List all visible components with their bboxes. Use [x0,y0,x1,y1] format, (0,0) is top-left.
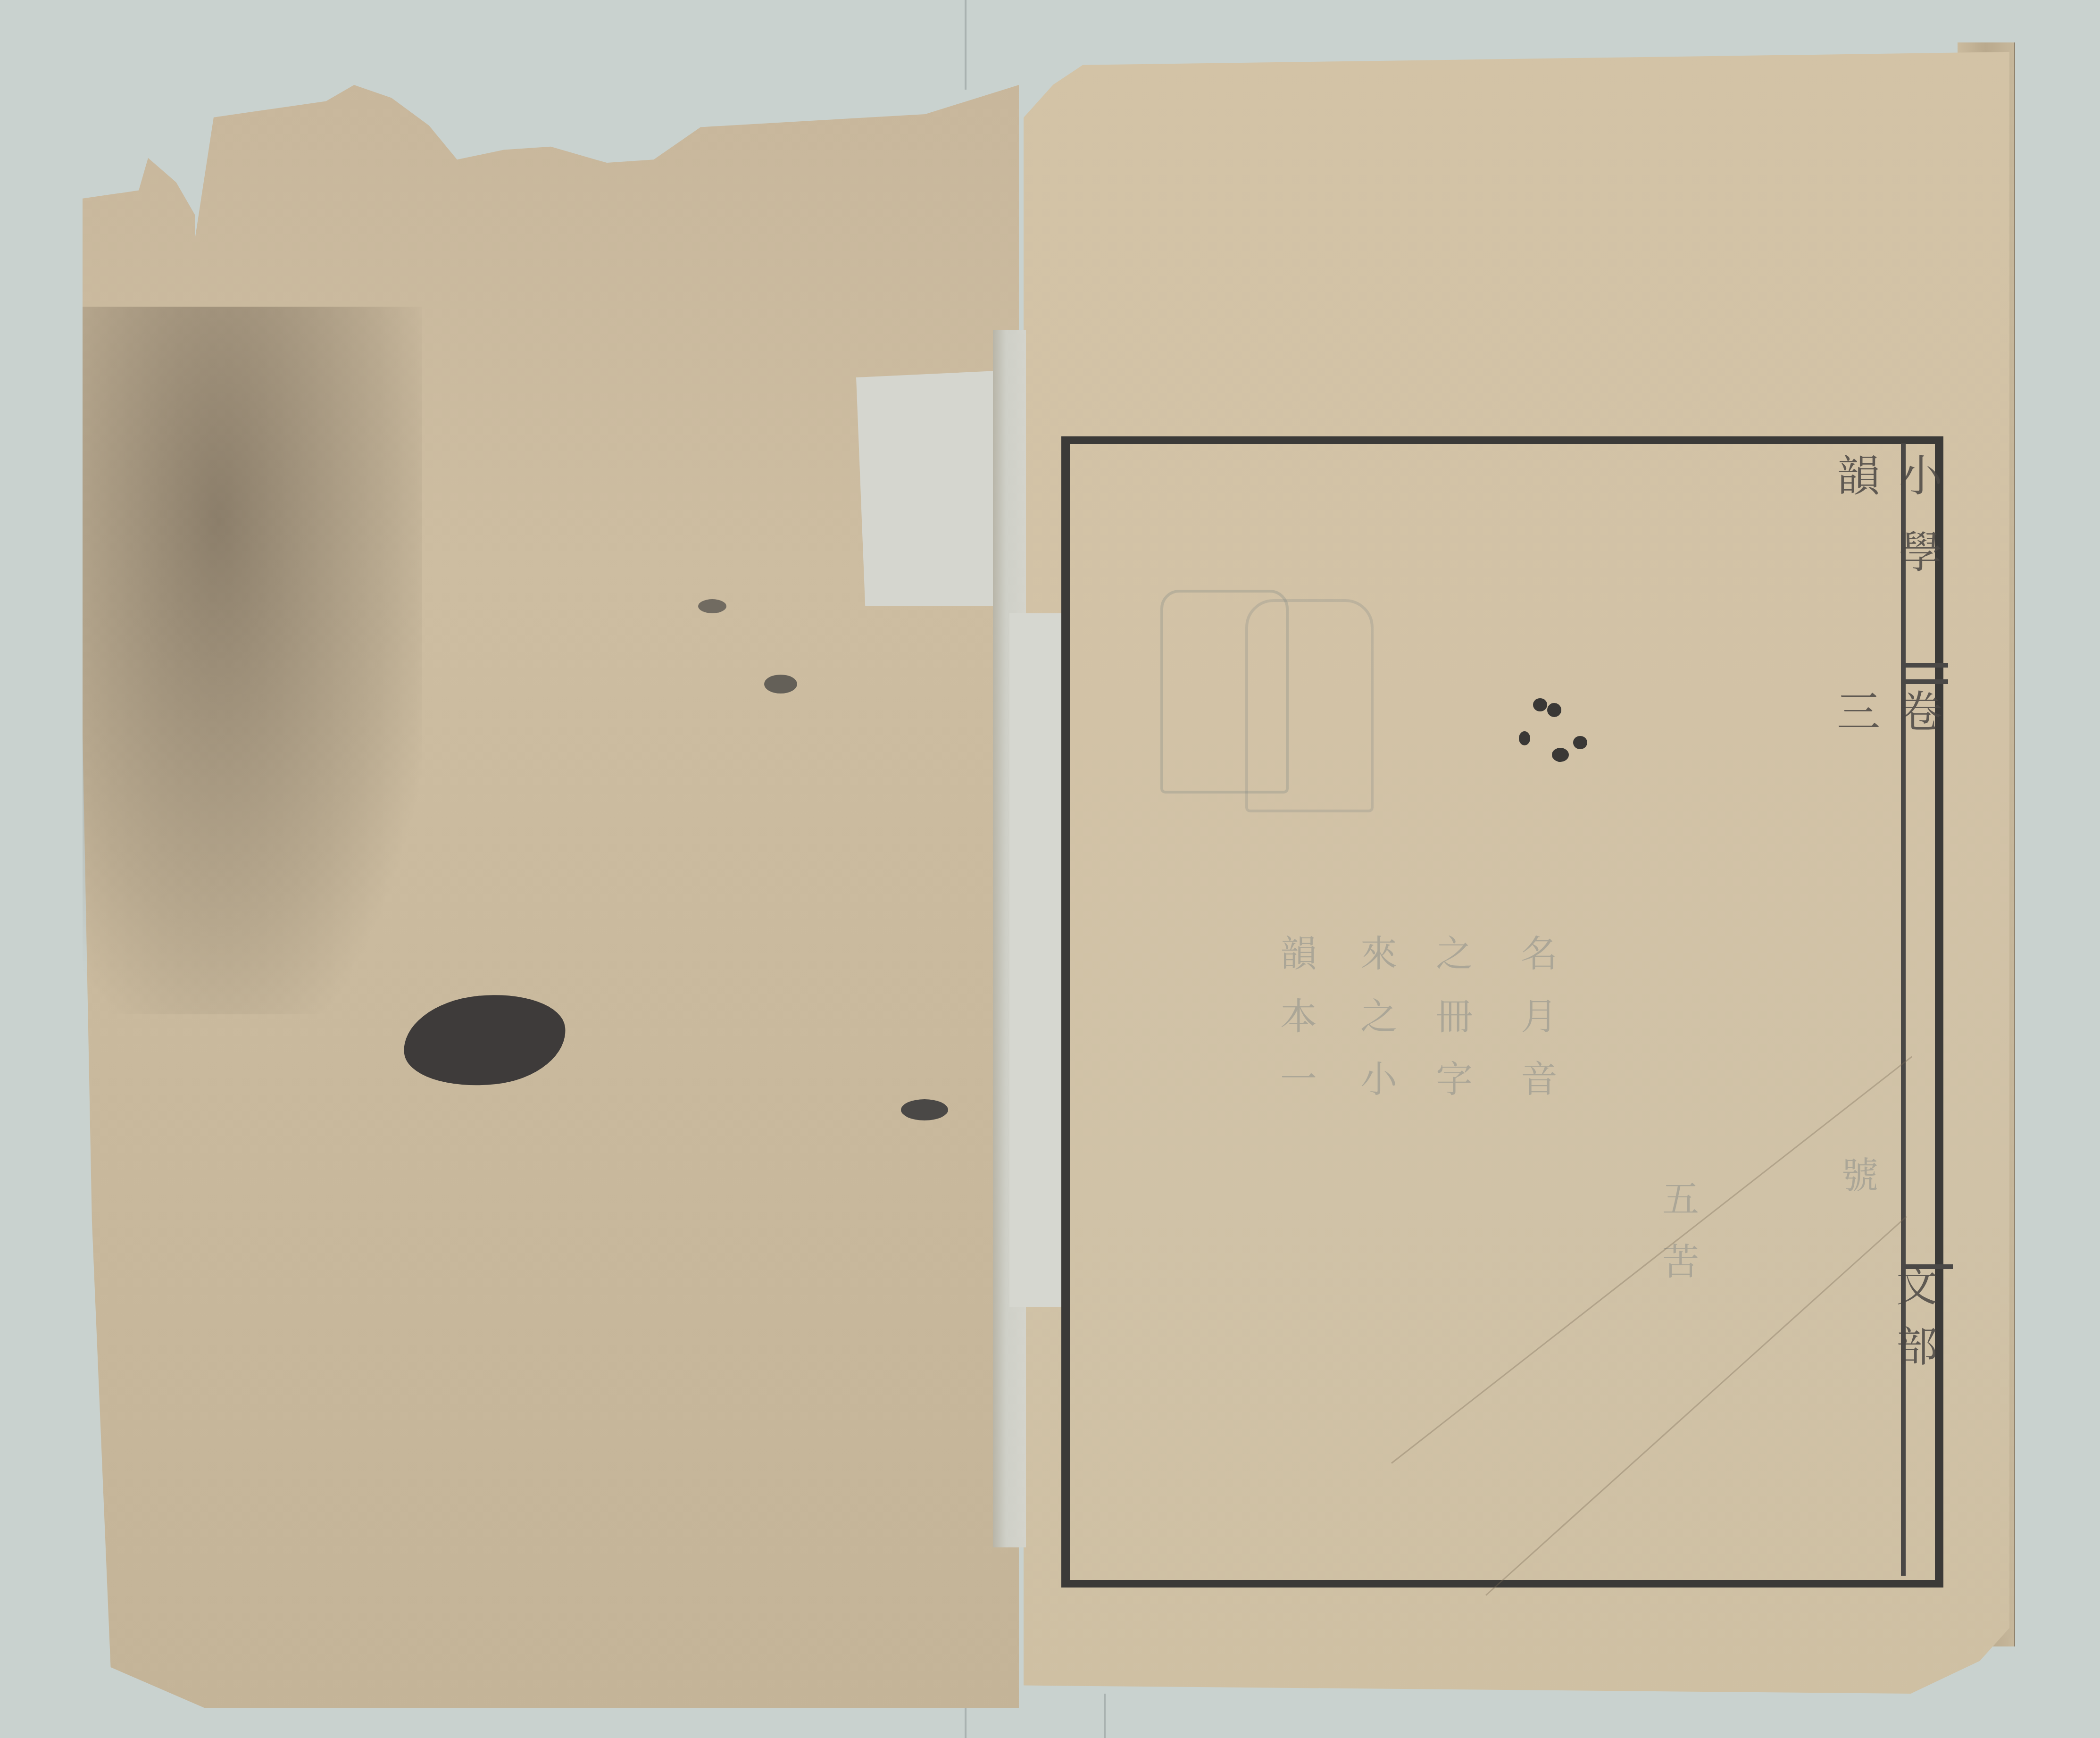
printed-border-frame [1061,436,1943,1588]
plate-center-title: 小學韻 [1915,453,1948,660]
plate-center-section: 文部 [1910,1264,1943,1576]
plate-center-divider [1906,679,1948,684]
repair-tissue [856,370,1007,606]
repair-tissue [1009,613,1061,1307]
ink-smudge [764,675,797,694]
background-seam [965,0,967,90]
mold-stain [83,307,422,1014]
plate-center-volume: 卷三 [1915,689,1948,830]
plate-center-line [1901,443,1906,1576]
ink-smudge [698,599,726,613]
background-seam [1104,1694,1106,1738]
ink-smudge [901,1099,948,1120]
plate-center-divider [1906,663,1948,668]
